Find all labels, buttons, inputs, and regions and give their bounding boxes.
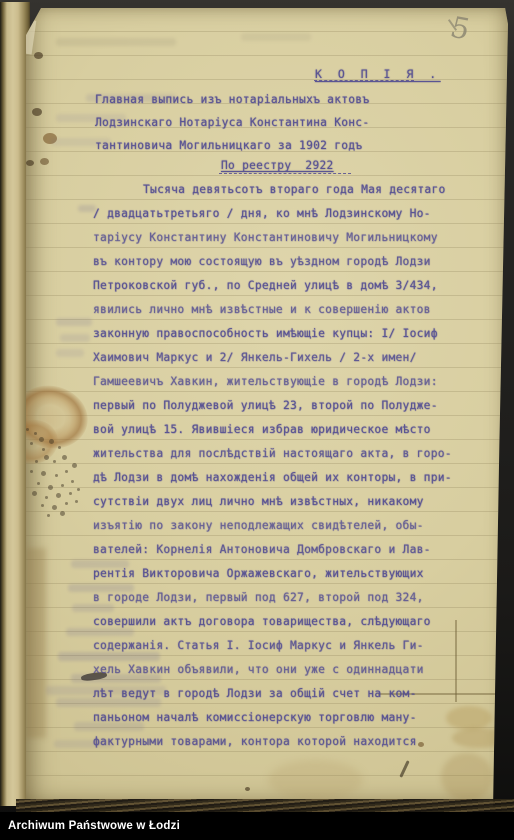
document-line: изъятію по закону неподлежащих свидѣтеле…	[93, 516, 424, 536]
header-line: Лодзинскаго Нотаріуса Константина Конс-	[95, 113, 369, 133]
water-stain	[28, 398, 70, 442]
page-block-edge	[16, 799, 514, 812]
document-line: Петроковской губ., по Средней улицѣ в до…	[93, 276, 438, 296]
document-line: первый по Полуджевой улицѣ 23, второй по…	[93, 396, 438, 416]
speck	[245, 787, 250, 791]
mold-speckles	[26, 428, 29, 431]
stain	[441, 753, 493, 801]
document-line: / двадцатьтретьяго / дня, ко мнѣ Лодзинс…	[93, 204, 431, 224]
document-line: таріусу Константину Константиновичу Моги…	[93, 228, 438, 248]
binding-spot	[43, 133, 57, 144]
title-underline	[314, 80, 414, 81]
document-line: фактурными товарами, контора которой нах…	[93, 732, 417, 752]
document-line: жительства для послѣдствій настоящаго ак…	[93, 444, 452, 464]
stain	[268, 760, 363, 800]
document-line: рентія Викторовича Оржажевскаго, жительс…	[93, 564, 424, 584]
underlying-page-edge	[0, 2, 30, 806]
fold-crease	[455, 620, 457, 702]
document-line: сутствіи двух лиц лично мнѣ извѣстных, н…	[93, 492, 424, 512]
registry-underline	[219, 173, 351, 174]
document-line: въ контору мою состоящую въ уѣздном горо…	[93, 252, 431, 272]
document-line: лѣт ведут в городѣ Лодзи за общій счет н…	[93, 684, 417, 704]
document-line: Гамшеевичъ Хавкин, жительствующіе в горо…	[93, 372, 438, 392]
bleedthrough-smudge	[241, 33, 311, 41]
bleedthrough-smudge	[60, 334, 90, 342]
bleedthrough-smudge	[56, 349, 84, 357]
archive-label: Archiwum Państwowe w Łodzi	[8, 812, 180, 840]
stain	[452, 728, 506, 748]
pencil-page-number: 5	[445, 10, 485, 56]
document-title: К О П І Я .	[315, 64, 441, 84]
binding-spot	[26, 160, 34, 166]
document-line: вателей: Корнелія Антоновича Домбровскаг…	[93, 540, 431, 560]
document-line: законную правоспособность имѣющіе купцы:…	[93, 324, 438, 344]
document-line: дѣ Лодзи в домѣ нахожденія общей их конт…	[93, 468, 452, 488]
header-line: тантиновича Могильницкаго за 1902 годъ	[95, 136, 362, 156]
stain	[446, 706, 492, 730]
document-line: содержанія. Статья I. Іосиф Маркус и Янк…	[93, 636, 424, 656]
document-line: совершили актъ договора товарищества, сл…	[93, 612, 431, 632]
document-page: 5 К О П І Я . Главная выпись изъ нотаріа…	[26, 8, 508, 806]
document-line: в городе Лодзи, первый под 627, второй п…	[93, 588, 424, 608]
binding-spot	[40, 158, 49, 165]
document-line: вой улицѣ 15. Явившіеся избрав юридическ…	[93, 420, 431, 440]
speck	[418, 742, 424, 747]
bleedthrough-smudge	[56, 38, 176, 46]
debris-mark	[399, 760, 409, 778]
document-line: хель Хавкин объявили, что они уже с один…	[93, 660, 424, 680]
document-line: паньоном началѣ комиссіонерскую торговлю…	[93, 708, 417, 728]
header-line: Главная выпись изъ нотаріальныхъ актовъ	[95, 90, 369, 110]
binding-spot	[32, 108, 42, 116]
document-line: Тысяча девятьсотъ втораго года Мая десят…	[143, 180, 446, 200]
scan-background: { "scan": { "page_number": "5", "archive…	[0, 0, 514, 840]
document-line: явились лично мнѣ извѣстные и к совершен…	[93, 300, 431, 320]
archive-bar: Archiwum Państwowe w Łodzi	[0, 812, 514, 840]
edge-stain	[26, 548, 46, 738]
bleedthrough-smudge	[56, 318, 92, 326]
document-line: Хаимович Маркус и 2/ Янкель-Гихель / 2-х…	[93, 348, 417, 368]
binding-spot	[34, 52, 43, 59]
